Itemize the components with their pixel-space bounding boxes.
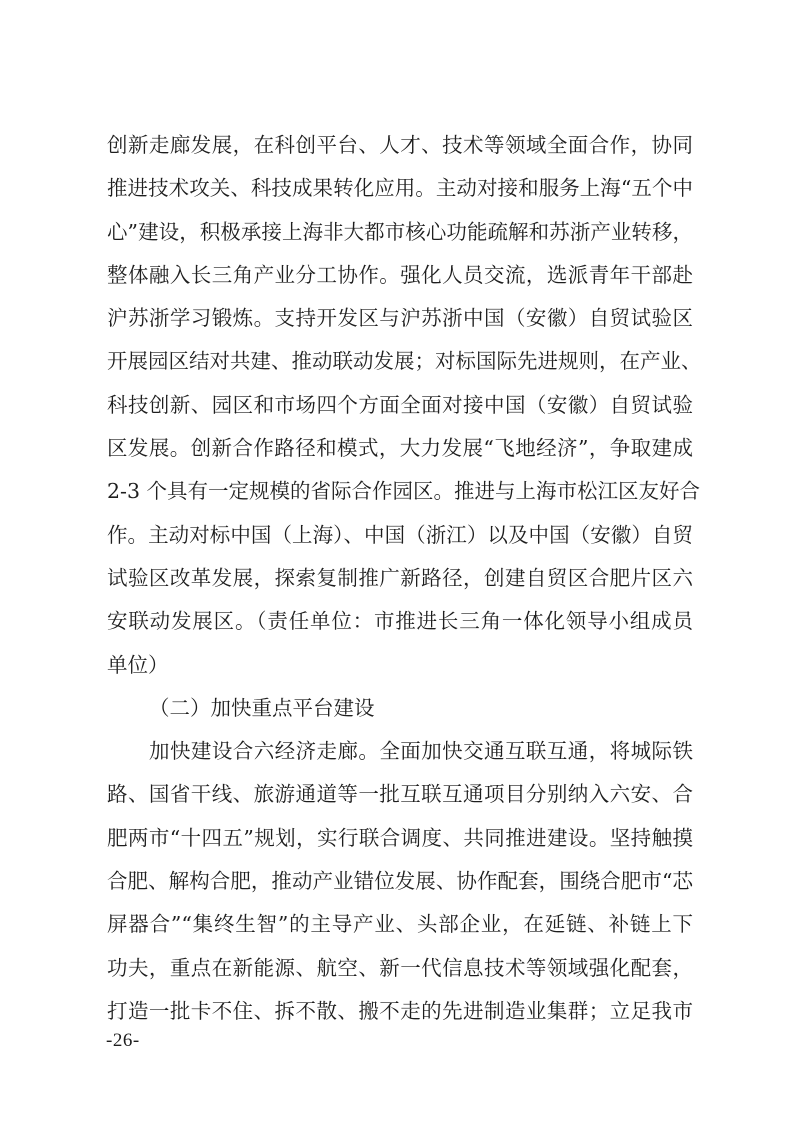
text-line: 路、国省干线、旅游通道等一批互联互通项目分别纳入六安、合 (107, 773, 693, 816)
text-line: 推进技术攻关、科技成果转化应用。主动对接和服务上海“五个中 (107, 167, 693, 210)
text-line: 作。主动对标中国（上海）、中国（浙江）以及中国（安徽）自贸 (107, 514, 693, 557)
text-line: 科技创新、园区和市场四个方面全面对接中国（安徽）自贸试验 (107, 384, 693, 427)
text-line: 加快建设合六经济走廊。全面加快交通互联互通，将城际铁 (107, 730, 693, 773)
text-line: 合肥、解构合肥，推动产业错位发展、协作配套，围绕合肥市“芯 (107, 860, 693, 903)
text-line: 功夫，重点在新能源、航空、新一代信息技术等领域强化配套， (107, 947, 693, 990)
paragraph-regional-cooperation: 创新走廊发展，在科创平台、人才、技术等领域全面合作，协同 推进技术攻关、科技成果… (107, 124, 693, 687)
page-number: -26- (106, 1030, 140, 1052)
text-line: 打造一批卡不住、拆不散、搬不走的先进制造业集群；立足我市 (107, 990, 693, 1033)
text-line: 整体融入长三角产业分工协作。强化人员交流，选派青年干部赴 (107, 254, 693, 297)
text-line: 2-3 个具有一定规模的省际合作园区。推进与上海市松江区友好合 (107, 470, 693, 513)
text-line: 安联动发展区。（责任单位：市推进长三角一体化领导小组成员 (107, 600, 693, 643)
text-line: 开展园区结对共建、推动联动发展；对标国际先进规则，在产业、 (107, 340, 693, 383)
text-line: 单位） (107, 644, 693, 687)
text-line: 试验区改革发展，探索复制推广新路径，创建自贸区合肥片区六 (107, 557, 693, 600)
document-page: 创新走廊发展，在科创平台、人才、技术等领域全面合作，协同 推进技术攻关、科技成果… (0, 0, 793, 1122)
text-line: 屏器合”“集终生智”的主导产业、头部企业，在延链、补链上下 (107, 903, 693, 946)
text-line: 肥两市“十四五”规划，实行联合调度、共同推进建设。坚持触摸 (107, 817, 693, 860)
text-line: 心”建设，积极承接上海非大都市核心功能疏解和苏浙产业转移， (107, 211, 693, 254)
text-line: 沪苏浙学习锻炼。支持开发区与沪苏浙中国（安徽）自贸试验区 (107, 297, 693, 340)
body-text: 创新走廊发展，在科创平台、人才、技术等领域全面合作，协同 推进技术攻关、科技成果… (107, 124, 693, 1033)
text-line: 创新走廊发展，在科创平台、人才、技术等领域全面合作，协同 (107, 124, 693, 167)
section-heading: （二）加快重点平台建设 (107, 687, 693, 730)
paragraph-key-platforms: 加快建设合六经济走廊。全面加快交通互联互通，将城际铁 路、国省干线、旅游通道等一… (107, 730, 693, 1033)
text-line: 区发展。创新合作路径和模式，大力发展“飞地经济”，争取建成 (107, 427, 693, 470)
